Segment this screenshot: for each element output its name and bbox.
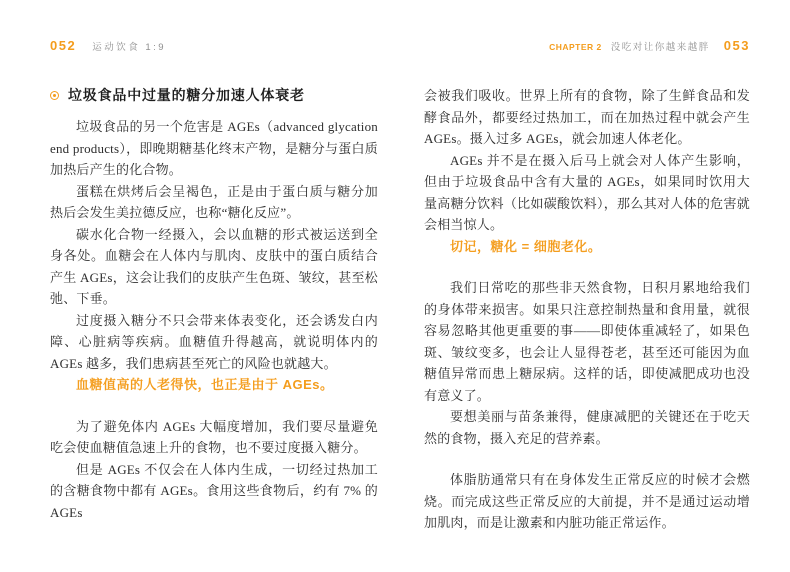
page-left: 052 运动饮食 1:9 垃圾食品中过量的糖分加速人体衰老 垃圾食品的另一个危害… [0, 0, 395, 572]
emphasis-paragraph: 血糖值高的人老得快，也正是由于 AGEs。 [50, 374, 378, 396]
left-page-body: 垃圾食品的另一个危害是 AGEs（advanced glycation end … [50, 116, 378, 523]
page-left-header: 052 运动饮食 1:9 [50, 38, 378, 54]
body-paragraph: 体脂肪通常只有在身体发生正常反应的时候才会燃烧。而完成这些正常反应的大前提，并不… [424, 469, 750, 534]
emphasis-paragraph: 切记，糖化 = 细胞老化。 [424, 236, 750, 258]
body-paragraph: 但是 AGEs 不仅会在人体内生成，一切经过热加工的含糖食物中都有 AGEs。食… [50, 459, 378, 524]
section-heading: 垃圾食品中过量的糖分加速人体衰老 [50, 85, 378, 105]
chapter-label: CHAPTER 2 [549, 42, 602, 52]
page-number-right: 053 [724, 38, 750, 53]
book-spread: 052 运动饮食 1:9 垃圾食品中过量的糖分加速人体衰老 垃圾食品的另一个危害… [0, 0, 790, 572]
right-page-body: 会被我们吸收。世界上所有的食物，除了生鲜食品和发酵食品外，都要经过热加工，而在加… [424, 85, 750, 534]
section-title: 垃圾食品中过量的糖分加速人体衰老 [68, 85, 305, 105]
body-paragraph: 要想美丽与苗条兼得，健康减肥的关键还在于吃天然的食物，摄入充足的营养素。 [424, 406, 750, 449]
chapter-title: 没吃对让你越来越胖 [611, 39, 710, 53]
page-right-header: CHAPTER 2 没吃对让你越来越胖 053 [424, 38, 750, 54]
page-right: CHAPTER 2 没吃对让你越来越胖 053 会被我们吸收。世界上所有的食物，… [395, 0, 790, 572]
body-paragraph: 碳水化合物一经摄入，会以血糖的形式被运送到全身各处。血糖会在人体内与肌肉、皮肤中… [50, 224, 378, 310]
body-paragraph: AGEs 并不是在摄入后马上就会对人体产生影响，但由于垃圾食品中含有大量的 AG… [424, 150, 750, 236]
page-number-left: 052 [50, 38, 76, 53]
body-paragraph: 蛋糕在烘烤后会呈褐色，正是由于蛋白质与糖分加热后会发生美拉德反应，也称“糖化反应… [50, 181, 378, 224]
book-title: 运动饮食 1:9 [92, 39, 166, 53]
body-paragraph: 为了避免体内 AGEs 大幅度增加，我们要尽量避免吃会使血糖值急速上升的食物，也… [50, 416, 378, 459]
body-paragraph: 垃圾食品的另一个危害是 AGEs（advanced glycation end … [50, 116, 378, 181]
body-paragraph: 会被我们吸收。世界上所有的食物，除了生鲜食品和发酵食品外，都要经过热加工，而在加… [424, 85, 750, 150]
section-bullet-icon [50, 91, 59, 100]
body-paragraph: 过度摄入糖分不只会带来体表变化，还会诱发白内障、心脏病等疾病。血糖值升得越高，就… [50, 310, 378, 375]
body-paragraph: 我们日常吃的那些非天然食物，日积月累地给我们的身体带来损害。如果只注意控制热量和… [424, 277, 750, 406]
